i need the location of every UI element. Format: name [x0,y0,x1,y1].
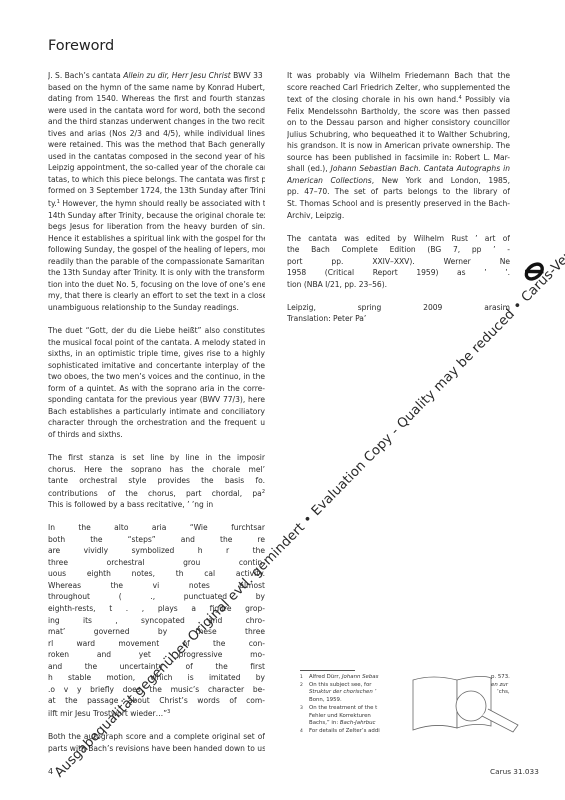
catalog-number: Carus 31.033 [490,767,539,776]
text-line: tatas, to which this piece belongs. The … [48,174,265,186]
text-line: both the “steps” and the re [48,534,265,546]
paragraph-4: In the alto aria “Wie furchtsarboth the … [48,522,265,719]
left-column: J. S. Bach’s cantata Allein zu dir, Herr… [48,70,265,754]
paragraph-edition: The cantata was edited by Wilhelm Rust ’… [287,233,510,291]
text-line: tives and arias (Nos 2/3 and 4/5), while… [48,128,265,140]
text-line: The cantata was edited by Wilhelm Rust ’… [287,233,510,245]
document-page: Foreword J. S. Bach’s cantata Allein zu … [0,0,565,800]
text-line: sponding cantata for the previous year (… [48,394,265,406]
paragraph-1: J. S. Bach’s cantata Allein zu dir, Herr… [48,70,265,313]
text-line: Archiv, Leipzig. [287,210,510,222]
text-line: 1958 (Critical Report 1959) as ’ ’. [287,267,510,279]
text-line: sixths, in an optimistic triple time, gi… [48,348,265,360]
text-line: text of the closing chorale in his own h… [287,93,510,106]
text-line: Felix Mendelssohn Bartholdy, the score w… [287,106,510,118]
page-title: Foreword [48,38,114,54]
text-line: sophisticated imitative and concertante … [48,360,265,372]
text-line: on to the Dessau parson and higher consi… [287,117,510,129]
text-line: Bach establishes a particularly intimate… [48,406,265,418]
paragraph-provenance: It was probably via Wilhelm Friedemann B… [287,70,510,221]
text-line: character through the orchestration and … [48,417,265,429]
text-line: form of a quintet. As with the soprano a… [48,383,265,395]
text-line: and the third stanzas underwent changes … [48,116,265,128]
text-line: begs Jesus for liberation from the heavy… [48,221,265,233]
text-line: tion into the duet No. 5, focusing on th… [48,279,265,291]
text-line: The duet “Gott, der du die Liebe heißt” … [48,325,265,337]
text-line: score reached Carl Friedrich Zelter, who… [287,82,510,94]
text-line: This is followed by a bass recitative, ’… [48,499,265,511]
text-line: port pp. XXIV–XXV). Werner Ne [287,256,510,268]
text-line: tion (NBA I/21, pp. 23–56). [287,279,510,291]
text-line: roken and yet progressive mo- [48,649,265,661]
text-line: dating from 1540. Whereas the first and … [48,93,265,105]
text-line: pp. 47–70. The set of parts belongs to t… [287,186,510,198]
text-line: Translation: Peter Pa’ [287,313,510,325]
text-line: the Bach Complete Edition (BG 7, pp ’ - [287,244,510,256]
text-line: J. S. Bach’s cantata Allein zu dir, Herr… [48,70,265,82]
text-line: 14th Sunday after Trinity, because the o… [48,210,265,222]
text-line: following Sunday, the gospel of the heal… [48,244,265,256]
right-column: It was probably via Wilhelm Friedemann B… [287,70,510,325]
text-line: were retained. This was the method that … [48,139,265,151]
text-line: his grandson. It is now in American priv… [287,140,510,152]
text-line: rl ward movement of the con- [48,638,265,650]
text-line: based on the hymn of the same name by Ko… [48,82,265,94]
text-line: two oboes, the two men’s voices and the … [48,371,265,383]
text-line: chorus. Here the soprano has the chorale… [48,464,265,476]
text-line: Leipzig appointment, the so-called year … [48,162,265,174]
text-line: Leipzig, spring 2009 arasim [287,302,510,314]
text-line: my, that there is clearly an effort to s… [48,290,265,302]
text-line: used in the cantatas composed in the sec… [48,151,265,163]
text-line: the 13th Sunday after Trinity. It is onl… [48,267,265,279]
text-line: of thirds and sixths. [48,429,265,441]
carus-logo-icon [518,256,548,284]
text-line: the musical focal point of the cantata. … [48,337,265,349]
text-line: formed on 3 September 1724, the 13th Sun… [48,185,265,197]
text-line: source has been published in facsimile i… [287,152,510,164]
text-line: three orchestral grou contin- [48,557,265,569]
text-line: American Collections, New York and Londo… [287,175,510,187]
text-line: shall (ed.), Johann Sebastian Bach. Cant… [287,163,510,175]
text-line: ilft mir Jesu Trostwort wieder…”3 [48,707,265,720]
footnote-divider [300,670,355,671]
text-line: readily than the parable of the compassi… [48,256,265,268]
text-line: mat’ governed by these three [48,626,265,638]
text-line: In the alto aria “Wie furchtsar [48,522,265,534]
text-line: St. Thomas School and is presently prese… [287,198,510,210]
text-line: The first stanza is set line by line in … [48,452,265,464]
paragraph-3: The first stanza is set line by line in … [48,452,265,511]
text-line: ing its , syncopated and chro- [48,615,265,627]
text-line: Hence it establishes a spiritual link wi… [48,233,265,245]
text-line: .o v y briefly does the music’s characte… [48,684,265,696]
text-line: Julius Schubring, who bequeathed it to W… [287,129,510,141]
paragraph-2: The duet “Gott, der du die Liebe heißt” … [48,325,265,440]
text-line: uous eighth notes, th cal activity. [48,568,265,580]
text-line: unambiguous relationship to the Sunday r… [48,302,265,314]
text-line: were used in the cantata word for word, … [48,105,265,117]
text-line: ty.1 However, the hymn should really be … [48,197,265,210]
text-line: at the passage about Christ’s words of c… [48,695,265,707]
text-line: are vividly symbolized h r the [48,545,265,557]
text-line: contributions of the chorus, part chorda… [48,487,265,500]
paragraph-signature: Leipzig, spring 2009 arasimTranslation: … [287,302,510,325]
text-line: It was probably via Wilhelm Friedemann B… [287,70,510,82]
text-line: tante orchestral style provides the basi… [48,475,265,487]
book-magnifier-icon [411,672,523,734]
